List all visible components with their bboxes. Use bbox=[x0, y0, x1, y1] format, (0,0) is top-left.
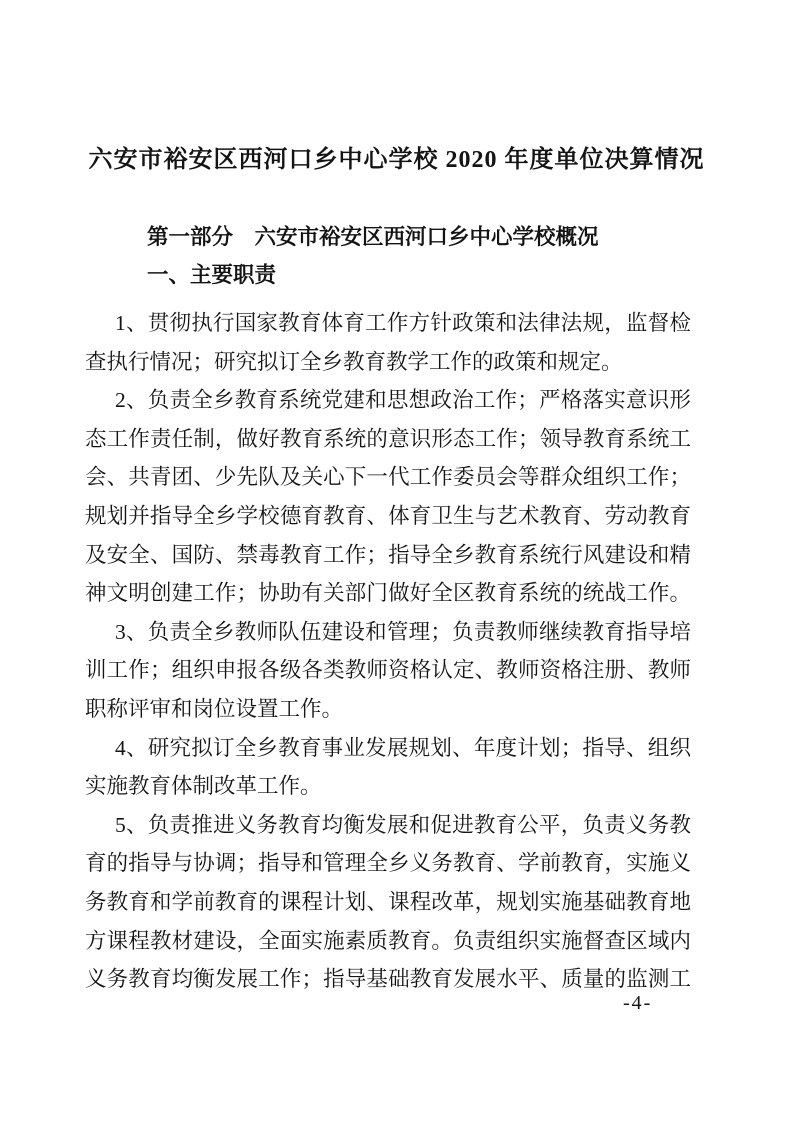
page-number: -4- bbox=[623, 991, 652, 1015]
body-line-paragraph-5: 义务教育均衡发展工作；指导基础教育发展水平、质量的监测工 bbox=[85, 960, 691, 999]
body-text: 1、贯彻执行国家教育体育工作方针政策和法律法规，监督检查执行情况；研究拟订全乡教… bbox=[85, 304, 691, 999]
body-line-paragraph-4: 4、研究拟订全乡教育事业发展规划、年度计划；指导、组织 bbox=[85, 729, 691, 768]
body-line-paragraph-1: 1、贯彻执行国家教育体育工作方针政策和法律法规，监督检 bbox=[85, 304, 691, 343]
body-line-paragraph-3: 职称评审和岗位设置工作。 bbox=[85, 690, 691, 729]
body-line-paragraph-2: 2、负责全乡教育系统党建和思想政治工作；严格落实意识形 bbox=[85, 381, 691, 420]
body-line-paragraph-5: 方课程教材建设，全面实施素质教育。负责组织实施督查区域内 bbox=[85, 922, 691, 961]
body-line-paragraph-1: 查执行情况；研究拟订全乡教育教学工作的政策和规定。 bbox=[85, 343, 691, 382]
body-line-paragraph-3: 3、负责全乡教师队伍建设和管理；负责教师继续教育指导培 bbox=[85, 613, 691, 652]
body-line-paragraph-2: 及安全、国防、禁毒教育工作；指导全乡教育系统行风建设和精 bbox=[85, 536, 691, 575]
body-line-paragraph-5: 5、负责推进义务教育均衡发展和促进教育公平，负责义务教 bbox=[85, 806, 691, 845]
body-line-paragraph-2: 态工作责任制，做好教育系统的意识形态工作；领导教育系统工 bbox=[85, 420, 691, 459]
body-line-paragraph-2: 会、共青团、少先队及关心下一代工作委员会等群众组织工作； bbox=[85, 458, 691, 497]
body-line-paragraph-2: 神文明创建工作；协助有关部门做好全区教育系统的统战工作。 bbox=[85, 574, 691, 613]
body-line-paragraph-5: 育的指导与协调；指导和管理全乡义务教育、学前教育，实施义 bbox=[85, 844, 691, 883]
section-heading-main-duties: 一、主要职责 bbox=[147, 261, 276, 289]
body-line-paragraph-5: 务教育和学前教育的课程计划、课程改革，规划实施基础教育地 bbox=[85, 883, 691, 922]
body-line-paragraph-4: 实施教育体制改革工作。 bbox=[85, 767, 691, 806]
document-page: 六安市裕安区西河口乡中心学校 2020 年度单位决算情况 第一部分 六安市裕安区… bbox=[0, 0, 793, 1122]
document-title: 六安市裕安区西河口乡中心学校 2020 年度单位决算情况 bbox=[0, 144, 793, 176]
part-one-heading: 第一部分 六安市裕安区西河口乡中心学校概况 bbox=[147, 223, 599, 251]
body-line-paragraph-2: 规划并指导全乡学校德育教育、体育卫生与艺术教育、劳动教育 bbox=[85, 497, 691, 536]
body-line-paragraph-3: 训工作；组织申报各级各类教师资格认定、教师资格注册、教师 bbox=[85, 651, 691, 690]
